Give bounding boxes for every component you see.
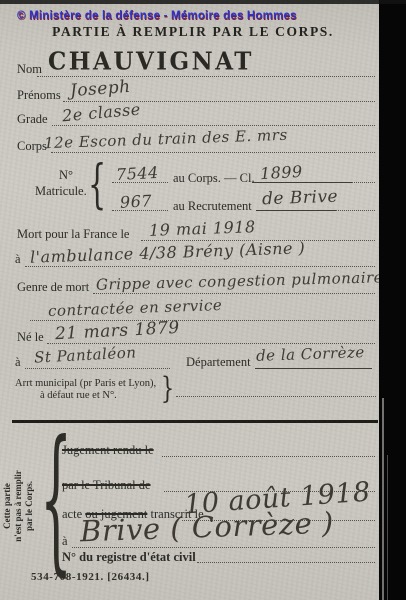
- departement-line: [255, 368, 372, 369]
- field-grade-value: 2e classe: [61, 100, 141, 126]
- arr-label-line1: Arrt municipal (pr Paris et Lyon),: [15, 378, 156, 389]
- jugement-label: Jugement rendu le: [62, 443, 154, 458]
- genre-mort-value1: Grippe avec congestion pulmonaire: [96, 268, 383, 294]
- field-prenoms-label: Prénoms: [17, 88, 61, 103]
- form-title: PARTIE À REMPLIR PAR LE CORPS.: [38, 24, 348, 40]
- side-note-line2: n'est pas à remplir: [13, 443, 24, 569]
- naissance-lieu-dotted-line: [25, 368, 170, 369]
- matricule-corps-value: 7544: [116, 163, 160, 184]
- classe-dotted-line: [352, 182, 375, 183]
- transcription-lieu-label: à: [62, 534, 68, 549]
- corps-dotted-line: [51, 152, 375, 153]
- paper-sheet: © Ministère de la défense - Mémoire des …: [0, 0, 379, 600]
- side-note-line1: Cette partie: [2, 443, 13, 569]
- arr-brace-icon: }: [161, 375, 174, 403]
- grade-dotted-line: [52, 125, 375, 126]
- recrutement-line: [256, 210, 336, 211]
- arr-dotted-line: [176, 396, 376, 397]
- registre-label: N° du registre d'état civil: [62, 550, 196, 565]
- mort-label: Mort pour la France le: [17, 227, 129, 242]
- nom-dotted-line: [37, 76, 375, 77]
- mort-lieu-dotted-line: [25, 266, 375, 267]
- matricule-recr-value: 967: [120, 191, 153, 212]
- classe-value: 1899: [260, 162, 304, 183]
- arr-label-line2: à défaut rue et N°.: [40, 390, 117, 401]
- jugement-dotted-line: [162, 456, 375, 457]
- field-nom-value: CHAUVIGNAT: [48, 47, 254, 75]
- field-prenoms-value: Joseph: [69, 77, 131, 101]
- au-corps-label: au Corps. — Cl.: [173, 171, 255, 186]
- recrutement-dotted-line: [336, 210, 375, 211]
- mort-lieu-value: l'ambulance 4/38 Brény (Aisne ): [30, 238, 306, 267]
- tribunal-label: par le Tribunal de: [62, 478, 151, 493]
- naissance-lieu-value: St Pantaléon: [34, 343, 137, 366]
- matricule-label: Matricule.: [35, 184, 87, 199]
- adjacent-page-edge: [382, 398, 384, 600]
- field-grade-label: Grade: [17, 112, 48, 127]
- genre-mort-value2: contractée en service: [48, 296, 223, 320]
- mort-date-value: 19 mai 1918: [149, 217, 256, 240]
- document-scan: © Ministère de la défense - Mémoire des …: [0, 0, 406, 600]
- naissance-value: 21 mars 1879: [55, 318, 181, 345]
- recrutement-lieu-value: de Brive: [262, 187, 339, 210]
- departement-label: Département: [186, 355, 251, 370]
- au-recrutement-label: au Recrutement: [173, 199, 252, 214]
- naissance-lieu-label: à: [15, 355, 21, 370]
- matricule-brace-icon: {: [88, 162, 106, 208]
- matricule-no-label: N°: [59, 168, 73, 183]
- naissance-label: Né le: [17, 330, 44, 345]
- genre-mort-label: Genre de mort: [17, 280, 89, 295]
- field-nom-label: Nom: [17, 62, 42, 77]
- mort-lieu-label: à: [15, 252, 21, 267]
- adjacent-page-edge-2: [387, 455, 388, 600]
- departement-value: de la Corrèze: [256, 343, 365, 365]
- side-note-line3: par le Corps.: [24, 443, 35, 569]
- imprint-number: 534-708-1921. [26434.]: [31, 571, 150, 583]
- registre-dotted-line: [197, 562, 375, 563]
- genre-mort-dotted-line2: [30, 320, 375, 321]
- scan-top-edge: [0, 0, 406, 4]
- genre-mort-dotted-line1: [93, 293, 375, 294]
- copyright-watermark: © Ministère de la défense - Mémoire des …: [17, 10, 297, 22]
- transcription-lieu-dotted-line: [72, 547, 375, 548]
- field-corps-value: 12e Escon du train des E. mrs: [44, 126, 288, 152]
- field-corps-label: Corps: [17, 139, 47, 154]
- side-note-vertical: Cette partie n'est pas à remplir par le …: [2, 443, 36, 569]
